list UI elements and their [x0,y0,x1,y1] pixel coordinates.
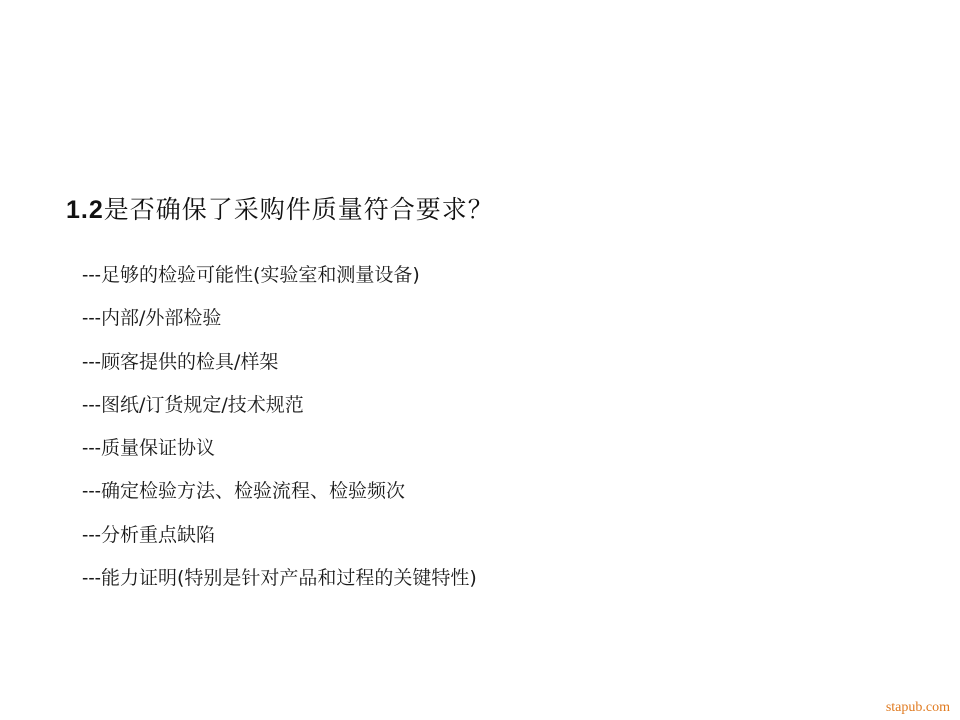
list-item-text: 确定检验方法、检验流程、检验频次 [101,480,405,502]
bullet-dash: --- [82,481,101,502]
requirement-list: ---足够的检验可能性(实验室和测量设备) ---内部/外部检验 ---顾客提供… [82,258,477,604]
list-item-text: 足够的检验可能性(实验室和测量设备) [101,264,420,286]
list-item-text: 顾客提供的检具/样架 [101,351,278,373]
list-item-text: 内部/外部检验 [101,307,221,329]
title-number: 1.2 [66,196,104,224]
list-item: ---确定检验方法、检验流程、检验频次 [82,474,477,517]
bullet-dash: --- [82,525,101,546]
bullet-dash: --- [82,308,101,329]
list-item-text: 能力证明(特别是针对产品和过程的关键特性) [101,567,477,589]
list-item: ---图纸/订货规定/技术规范 [82,388,477,431]
list-item-text: 分析重点缺陷 [101,524,215,546]
list-item: ---内部/外部检验 [82,301,477,344]
list-item: ---能力证明(特别是针对产品和过程的关键特性) [82,561,477,604]
list-item: ---质量保证协议 [82,431,477,474]
title-text: 是否确保了采购件质量符合要求？ [104,195,494,224]
slide: 1.2是否确保了采购件质量符合要求？ ---足够的检验可能性(实验室和测量设备)… [0,0,960,720]
list-item: ---顾客提供的检具/样架 [82,345,477,388]
slide-title: 1.2是否确保了采购件质量符合要求？ [66,190,494,226]
bullet-dash: --- [82,265,101,286]
watermark: stapub.com [886,700,950,716]
list-item: ---足够的检验可能性(实验室和测量设备) [82,258,477,301]
bullet-dash: --- [82,352,101,373]
list-item: ---分析重点缺陷 [82,518,477,561]
bullet-dash: --- [82,438,101,459]
bullet-dash: --- [82,568,101,589]
bullet-dash: --- [82,395,101,416]
list-item-text: 质量保证协议 [101,437,215,459]
list-item-text: 图纸/订货规定/技术规范 [101,394,304,416]
